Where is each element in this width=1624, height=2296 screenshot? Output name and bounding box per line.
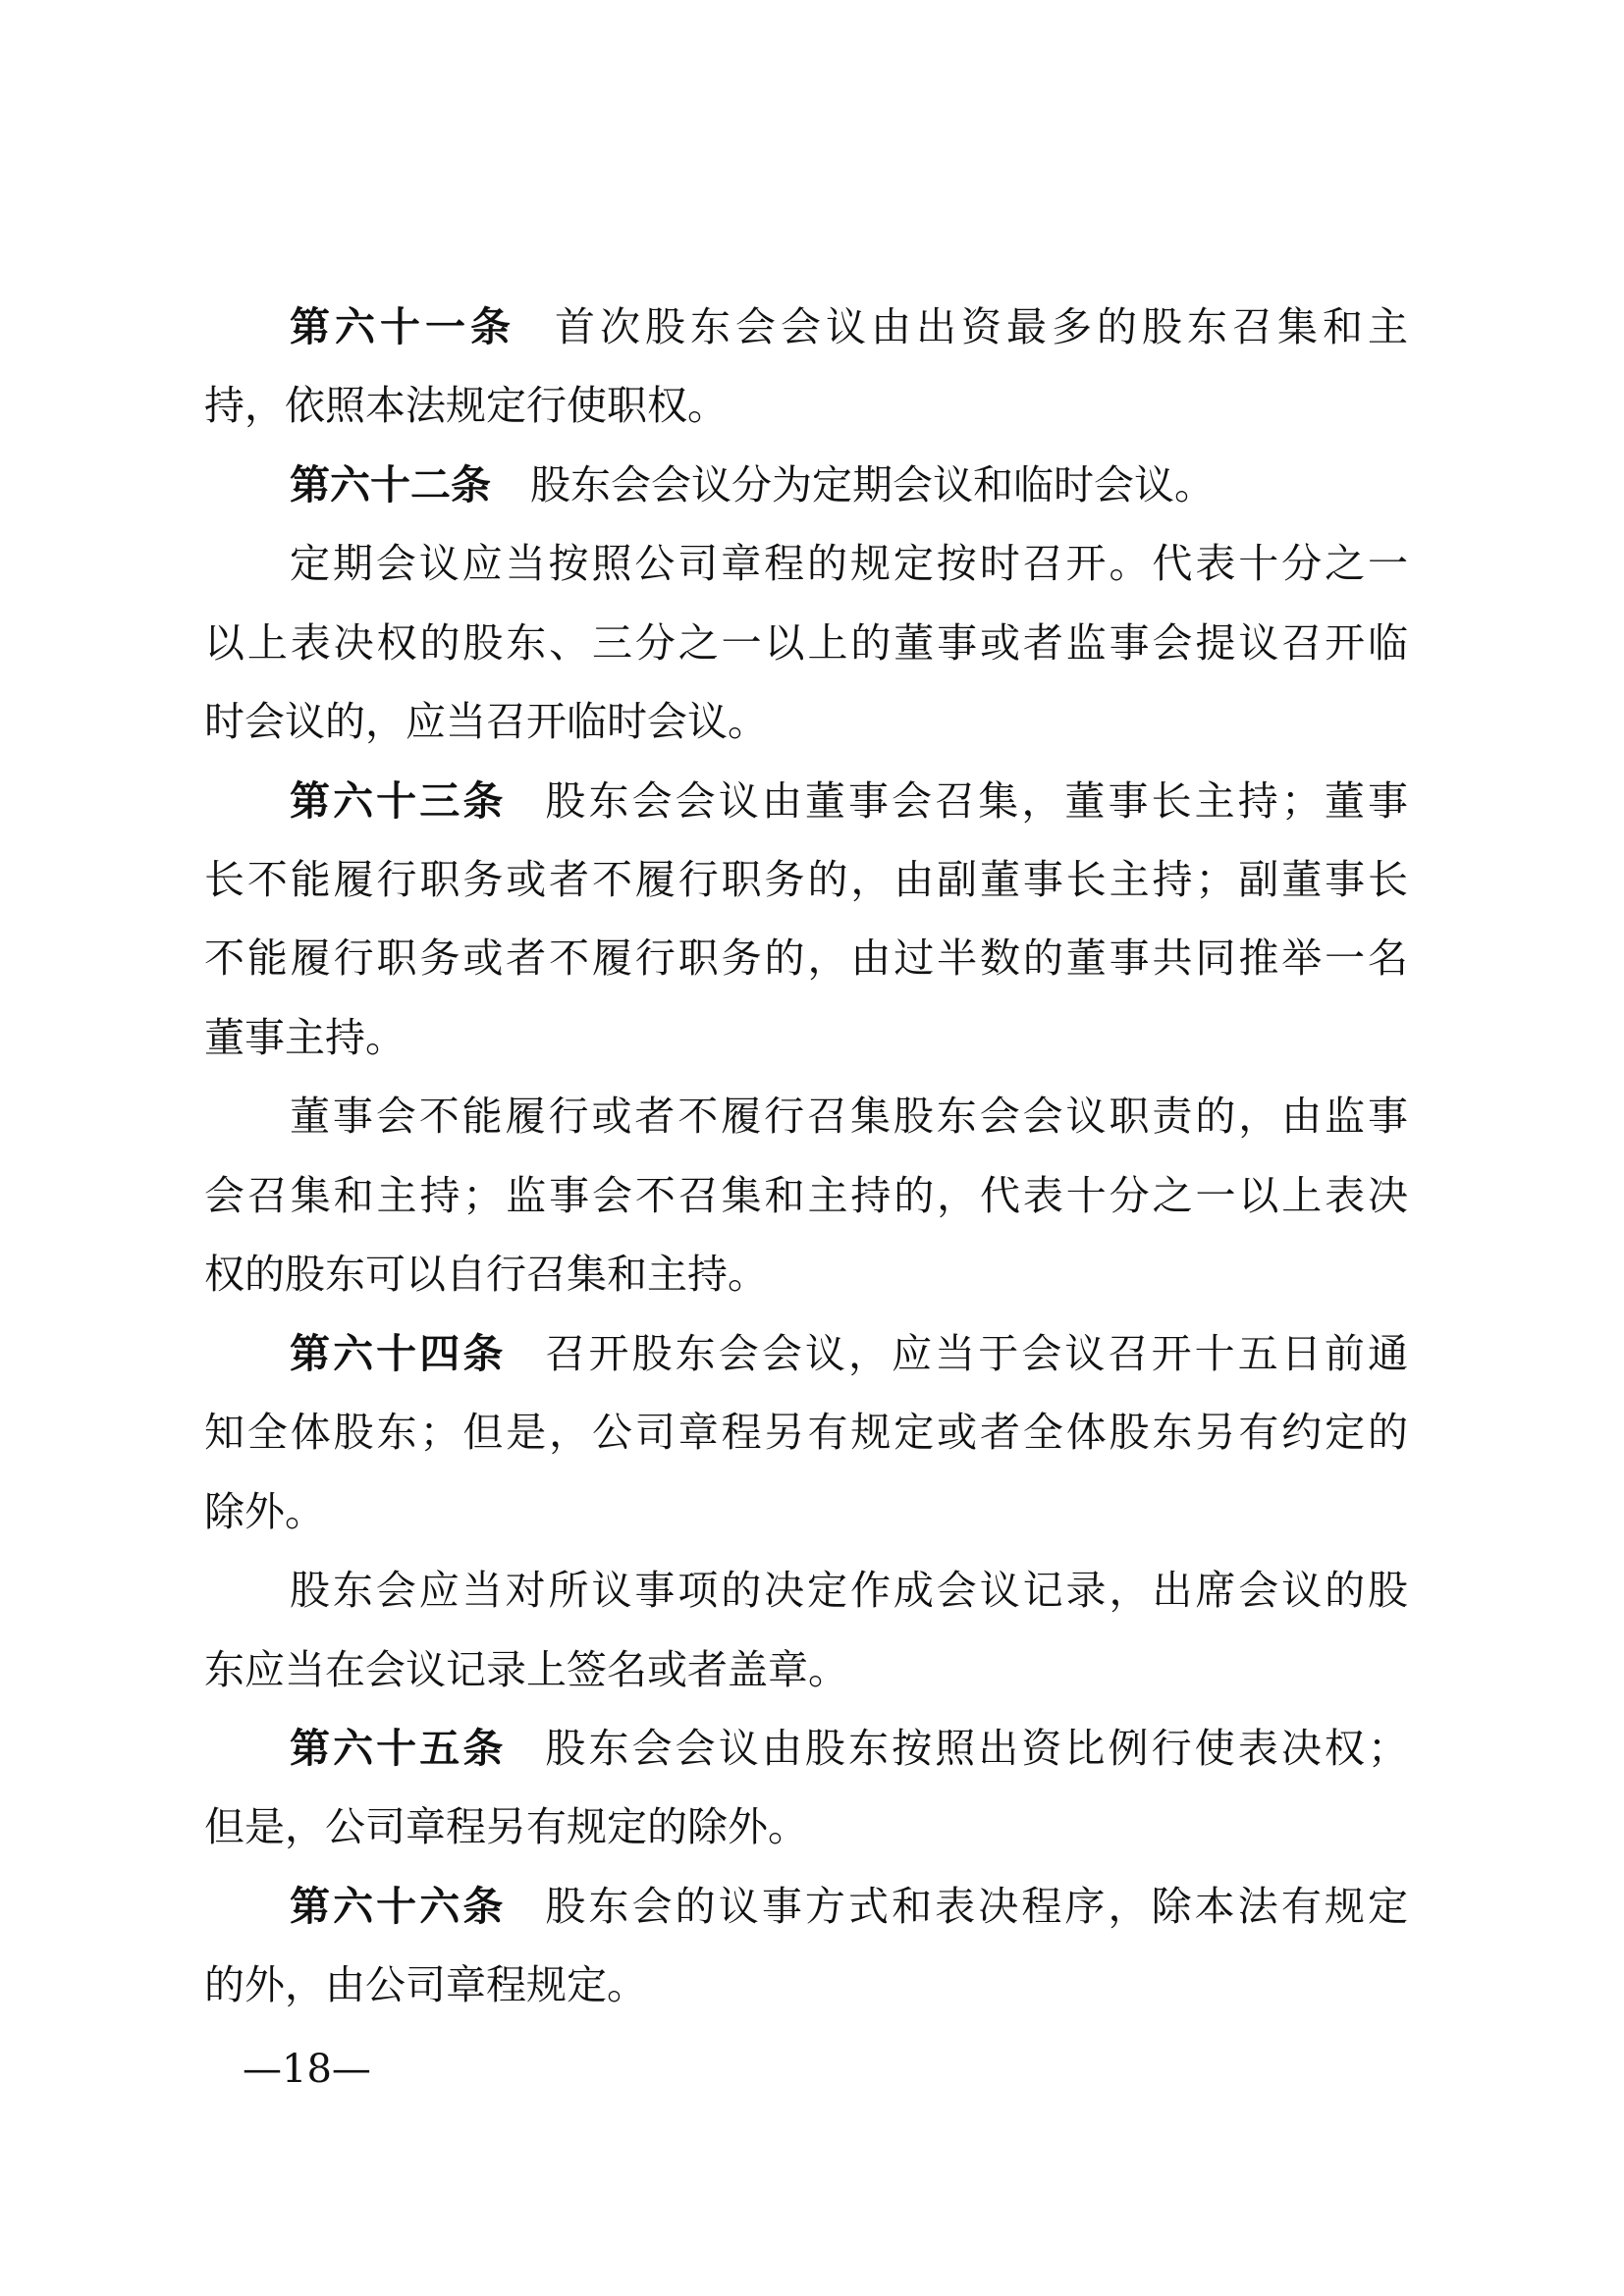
document-page: 第六十一条首次股东会会议由出资最多的股东召集和主 持，依照本法规定行使职权。 第… <box>0 0 1624 2296</box>
paragraph-line: 知全体股东；但是，公司章程另有规定或者全体股东另有约定的 <box>204 1403 1408 1462</box>
paragraph-line: 长不能履行职务或者不履行职务的，由副董事长主持；副董事长 <box>204 850 1408 909</box>
paragraph-line: 董事会不能履行或者不履行召集股东会会议职责的，由监事 <box>290 1087 1408 1146</box>
article-heading: 第六十六条 <box>290 1883 506 1930</box>
paragraph-line: 不能履行职务或者不履行职务的，由过半数的董事共同推举一名 <box>204 929 1408 988</box>
article-heading: 第六十四条 <box>290 1330 506 1377</box>
paragraph-line: 除外。 <box>204 1482 1408 1541</box>
page-number: —18— <box>243 2044 371 2095</box>
paragraph-line: 东应当在会议记录上签名或者盖章。 <box>204 1640 1408 1699</box>
article-62-line-1: 第六十二条股东会会议分为定期会议和临时会议。 <box>290 455 1408 514</box>
paragraph-line: 以上表决权的股东、三分之一以上的董事或者监事会提议召开临 <box>204 614 1408 672</box>
article-heading: 第六十二条 <box>290 461 491 508</box>
article-heading: 第六十三条 <box>290 777 506 825</box>
article-64-line-1: 第六十四条召开股东会会议，应当于会议召开十五日前通 <box>290 1324 1408 1383</box>
paragraph-line: 时会议的，应当召开临时会议。 <box>204 692 1408 751</box>
paragraph-line: 但是，公司章程另有规定的除外。 <box>204 1797 1408 1856</box>
article-63-line-1: 第六十三条股东会会议由董事会召集，董事长主持；董事 <box>290 772 1408 830</box>
paragraph-line: 权的股东可以自行召集和主持。 <box>204 1245 1408 1304</box>
paragraph-line: 股东会应当对所议事项的决定作成会议记录，出席会议的股 <box>290 1561 1408 1620</box>
paragraph-line: 的外，由公司章程规定。 <box>204 1955 1408 2014</box>
article-65-line-1: 第六十五条股东会会议由股东按照出资比例行使表决权； <box>290 1719 1408 1778</box>
article-61-line-2: 持，依照本法规定行使职权。 <box>204 376 1408 435</box>
article-heading: 第六十一条 <box>290 303 515 350</box>
article-heading: 第六十五条 <box>290 1725 506 1772</box>
article-61-line-1: 第六十一条首次股东会会议由出资最多的股东召集和主 <box>290 297 1408 356</box>
paragraph-line: 定期会议应当按照公司章程的规定按时召开。代表十分之一 <box>290 534 1408 593</box>
paragraph-line: 会召集和主持；监事会不召集和主持的，代表十分之一以上表决 <box>204 1166 1408 1225</box>
article-66-line-1: 第六十六条股东会的议事方式和表决程序，除本法有规定 <box>290 1877 1408 1936</box>
paragraph-line: 董事主持。 <box>204 1008 1408 1067</box>
